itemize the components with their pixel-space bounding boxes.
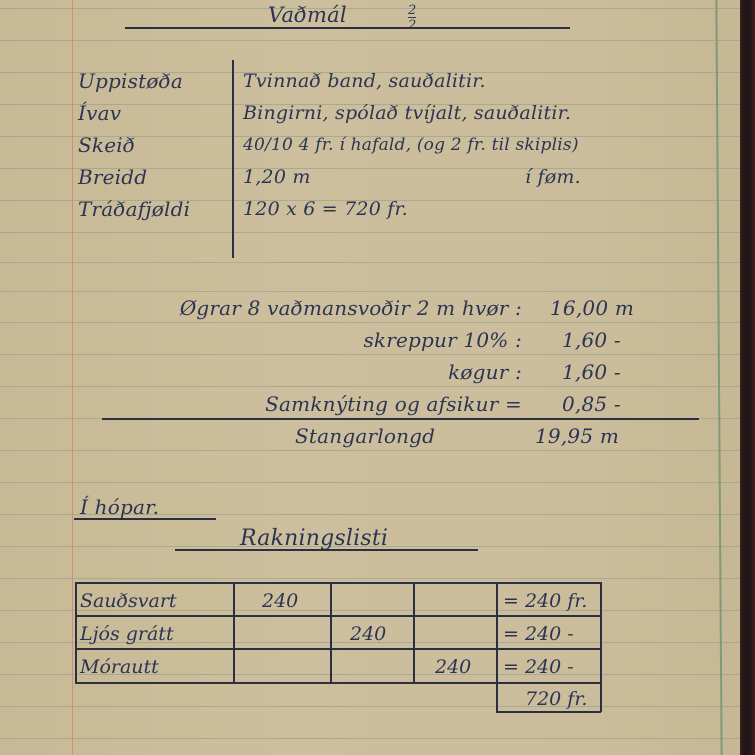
table-rule bbox=[75, 648, 601, 650]
calc-sep: : bbox=[515, 296, 522, 320]
calc-value-ograr: 16,00 m bbox=[550, 297, 634, 319]
spec-label-skeid: Skeið bbox=[78, 134, 135, 156]
section-subtitle-underline bbox=[175, 549, 478, 551]
ruled-line bbox=[0, 262, 740, 263]
calc-label-text: Øgrar 8 vaðmansvoðir 2 m hvør bbox=[180, 296, 509, 320]
calc-sep: : bbox=[515, 328, 522, 352]
ruled-line bbox=[0, 578, 740, 579]
table-cell: 240 bbox=[350, 623, 386, 645]
table-rule bbox=[75, 615, 601, 617]
calc-label-ograr: Øgrar 8 vaðmansvoðir 2 m hvør : bbox=[180, 297, 522, 319]
calc-sep: = bbox=[505, 392, 522, 416]
spec-value-tradafjoldi: 120 x 6 = 720 fr. bbox=[243, 198, 408, 220]
table-col-line bbox=[600, 582, 602, 712]
table-row-total: = 240 - bbox=[503, 656, 574, 678]
table-row-total: = 240 - bbox=[503, 623, 574, 645]
table-row-name: Mórautt bbox=[80, 656, 159, 678]
spec-extra-breidd: í føm. bbox=[525, 166, 581, 188]
table-row-name: Ljós grátt bbox=[80, 623, 174, 645]
calc-value-samknyting: 0,85 - bbox=[562, 393, 621, 415]
section-heading: Í hópar. bbox=[80, 496, 159, 518]
ruled-line bbox=[0, 706, 740, 707]
calc-sep: : bbox=[515, 360, 522, 384]
table-cell: 240 bbox=[262, 590, 298, 612]
table-col-line bbox=[330, 582, 332, 683]
calc-total-label: Stangarlongd bbox=[295, 425, 435, 447]
page-title: Vaðmál bbox=[268, 4, 347, 26]
section-subtitle: Rakningslisti bbox=[240, 528, 388, 550]
spec-value-breidd: 1,20 m bbox=[243, 166, 311, 188]
spec-label-uppistoda: Uppistøða bbox=[78, 70, 183, 92]
table-cell: 240 bbox=[435, 656, 471, 678]
calc-total-value: 19,95 m bbox=[535, 425, 619, 447]
notebook-binding bbox=[740, 0, 755, 755]
table-col-line bbox=[233, 582, 235, 683]
ruled-line bbox=[0, 482, 740, 483]
spec-label-breidd: Breidd bbox=[78, 166, 147, 188]
calc-label-text: køgur bbox=[448, 360, 508, 384]
spec-value-uppistoda: Tvinnað band, sauðalitir. bbox=[243, 70, 486, 92]
calc-label-text: skreppur 10% bbox=[363, 328, 508, 352]
table-row-name: Sauðsvart bbox=[80, 590, 177, 612]
ruled-line bbox=[0, 354, 740, 355]
calc-sum-line bbox=[102, 418, 699, 420]
ruled-line bbox=[0, 291, 740, 292]
table-grand-total: 720 fr. bbox=[525, 688, 587, 710]
calc-label-text: Samknýting og afsikur bbox=[265, 392, 498, 416]
calc-label-skreppur: skreppur 10% : bbox=[363, 329, 522, 351]
spec-label-ivav: Ívav bbox=[78, 102, 121, 124]
calc-value-kogur: 1,60 - bbox=[562, 361, 621, 383]
ruled-line bbox=[0, 8, 740, 9]
spec-divider bbox=[232, 60, 234, 258]
ruled-line bbox=[0, 450, 740, 451]
notebook-page: Vaðmál 2 2 Uppistøða Tvinnað band, sauða… bbox=[0, 0, 740, 755]
table-border-top bbox=[75, 582, 601, 584]
ruled-line bbox=[0, 232, 740, 233]
table-col-line bbox=[496, 582, 498, 712]
ruled-line bbox=[0, 738, 740, 739]
calc-label-kogur: køgur : bbox=[448, 361, 522, 383]
spec-value-skeid: 40/10 4 fr. í hafald, (og 2 fr. til skip… bbox=[243, 134, 579, 156]
spec-label-tradafjoldi: Tráðafjøldi bbox=[78, 198, 190, 220]
left-margin-line bbox=[72, 0, 73, 755]
table-col-line bbox=[413, 582, 415, 683]
table-col-line bbox=[75, 582, 77, 683]
total-cell-bottom bbox=[496, 711, 601, 713]
table-row-total: = 240 fr. bbox=[503, 590, 587, 612]
ruled-line bbox=[0, 322, 740, 323]
ruled-line bbox=[0, 40, 740, 41]
table-border-bottom bbox=[75, 682, 601, 684]
fraction-numerator: 2 bbox=[408, 3, 416, 18]
spec-value-ivav: Bingirni, spólað tvíjalt, sauðalitir. bbox=[243, 102, 571, 124]
ruled-line bbox=[0, 386, 740, 387]
calc-value-skreppur: 1,60 - bbox=[562, 329, 621, 351]
title-underline bbox=[125, 27, 570, 29]
fraction-denominator: 2 bbox=[408, 17, 416, 32]
calc-label-samknyting: Samknýting og afsikur = bbox=[265, 393, 522, 415]
section-heading-underline bbox=[74, 518, 216, 520]
